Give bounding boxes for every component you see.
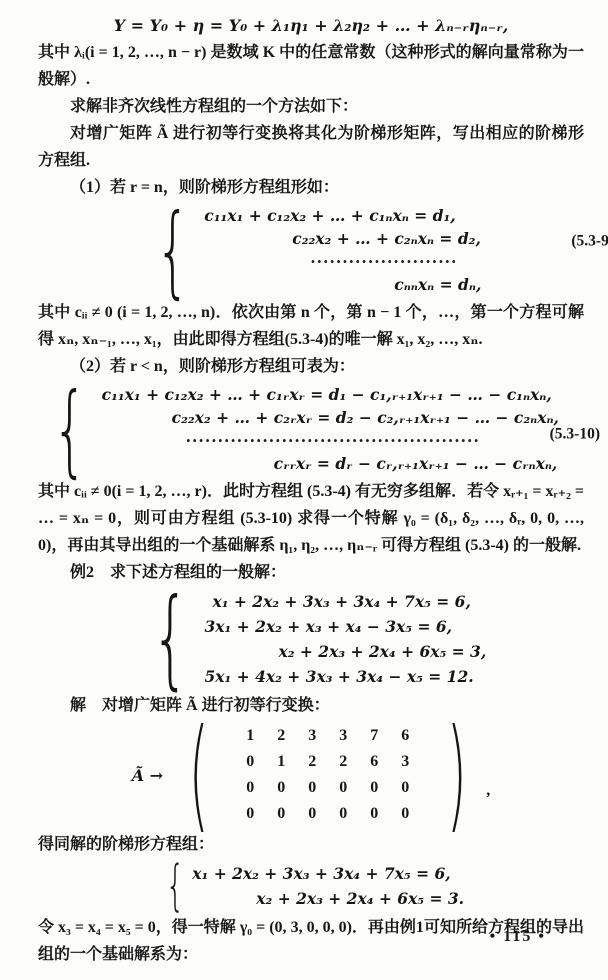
matrix-cell: 2: [328, 749, 359, 775]
general-solution-formula: Y = Y₀ + η = Y₀ + λ₁η₁ + λ₂η₂ + … + λₙ₋ᵣ…: [38, 12, 584, 39]
para-lambda-constants: 其中 λᵢ(i = 1, 2, …, n − r) 是数域 K 中的任意常数（这…: [38, 39, 584, 93]
example2-heading: 例2 求下述方程组的一般解：: [38, 559, 584, 586]
example2-system: { x₁ + 2x₂ + 3x₃ + 3x₄ + 7x₅ = 6, 3x₁ + …: [38, 589, 584, 689]
equation-row: x₂ + 2x₃ + 2x₄ + 6x₅ = 3,: [278, 639, 486, 664]
matrix-cell: 0: [266, 801, 297, 827]
solution-intro: 对增广矩阵 Ã 进行初等行变换：: [102, 697, 330, 714]
reduced-rows: x₁ + 2x₂ + 3x₃ + 3x₄ + 7x₅ = 6, x₂ + 2x₃…: [192, 861, 464, 911]
equation-row: c₂₂x₂ + … + c₂ₙxₙ = d₂,: [292, 227, 481, 250]
matrix-cell: 0: [390, 801, 421, 827]
para-reduced-intro: 得同解的阶梯形方程组：: [38, 831, 584, 858]
example2-title: 求下述方程组的一般解：: [110, 564, 286, 581]
textbook-scan-page: Y = Y₀ + η = Y₀ + λ₁η₁ + λ₂η₂ + … + λₙ₋ᵣ…: [0, 0, 608, 980]
matrix-cell: 1: [266, 749, 297, 775]
left-brace: {: [151, 593, 189, 685]
para-lambda-pre: 其中 λᵢ(i = 1, 2, …, n − r) 是数域 K 中的任意常数（这…: [38, 44, 568, 61]
matrix-cell: 0: [235, 749, 266, 775]
matrix-cell: 0: [297, 801, 328, 827]
equation-row: 3x₁ + 2x₂ + x₃ + x₄ − 3x₅ = 6,: [204, 614, 486, 639]
matrix-cell: 2: [266, 723, 297, 749]
matrix-cell: 0: [328, 801, 359, 827]
equation-number-5-3-9: (5.3-9): [571, 227, 608, 254]
example2-tag: 例2: [70, 564, 94, 581]
matrix-cell: 0: [328, 775, 359, 801]
equation-number-5-3-10: (5.3-10): [550, 420, 600, 447]
example2-rows: x₁ + 2x₂ + 3x₃ + 3x₄ + 7x₅ = 6, 3x₁ + 2x…: [204, 589, 486, 689]
equation-row: c₁₁x₁ + c₁₂x₂ + … + c₁ₙxₙ = d₁,: [204, 204, 481, 227]
equation-row: x₁ + 2x₂ + 3x₃ + 3x₄ + 7x₅ = 6,: [192, 861, 464, 886]
equation-row: 5x₁ + 4x₂ + 3x₃ + 3x₄ − x₅ = 12.: [204, 664, 486, 689]
matrix-comma: ,: [486, 777, 490, 804]
left-brace: {: [166, 863, 185, 909]
system10-rows: c₁₁x₁ + c₁₂x₂ + … + c₁ᵣxᵣ = d₁ − c₁,ᵣ₊₁x…: [102, 383, 559, 475]
system9-rows: c₁₁x₁ + c₁₂x₂ + … + c₁ₙxₙ = d₁, c₂₂x₂ + …: [204, 204, 481, 296]
matrix-paren-left: (: [189, 723, 209, 827]
matrix-cell: 0: [359, 801, 390, 827]
equation-row: c₂₂x₂ + … + c₂ᵣxᵣ = d₂ − c₂,ᵣ₊₁xᵣ₊₁ − … …: [172, 406, 559, 429]
matrix-cell: 0: [235, 801, 266, 827]
matrix-cell: 0: [266, 775, 297, 801]
matrix-cell: 0: [235, 775, 266, 801]
augmented-matrix: Ã → ( 1 2 3 3 7 6 0 1 2 2 6 3 0 0 0 0 0 …: [38, 723, 584, 827]
para-lambda-post: ）.: [70, 71, 90, 88]
matrix-cell: 0: [297, 775, 328, 801]
solution-heading: 解 对增广矩阵 Ã 进行初等行变换：: [38, 692, 584, 719]
solution-tag: 解: [70, 697, 86, 714]
ellipsis-row: ········································…: [186, 429, 559, 452]
left-brace: {: [52, 387, 87, 472]
ellipsis-row: ·······················: [310, 250, 481, 273]
para-back-substitution: 其中 cᵢᵢ ≠ 0 (i = 1, 2, …, n)．依次由第 n 个，第 n…: [38, 299, 584, 353]
para-method-intro: 求解非齐次线性方程组的一个方法如下：: [38, 93, 584, 120]
matrix-cell: 3: [328, 723, 359, 749]
reduced-system: { x₁ + 2x₂ + 3x₃ + 3x₄ + 7x₅ = 6, x₂ + 2…: [38, 861, 584, 911]
matrix-paren-right: ): [446, 723, 466, 827]
matrix-lhs: Ã →: [132, 762, 163, 789]
matrix-cell: 1: [235, 723, 266, 749]
case1-heading: （1）若 r = n，则阶梯形方程组形如：: [38, 174, 584, 201]
page-number: • 115 •: [490, 923, 546, 950]
equation-row: x₂ + 2x₃ + 2x₄ + 6x₅ = 3.: [256, 886, 464, 911]
matrix-cell: 0: [390, 775, 421, 801]
para-infinite-solutions: 其中 cᵢᵢ ≠ 0(i = 1, 2, …, r)．此时方程组 (5.3-4)…: [38, 478, 584, 559]
equation-row: c₁₁x₁ + c₁₂x₂ + … + c₁ᵣxᵣ = d₁ − c₁,ᵣ₊₁x…: [102, 383, 559, 406]
equation-row: cₙₙxₙ = dₙ,: [394, 273, 481, 296]
matrix-cell: 7: [359, 723, 390, 749]
matrix-cell: 2: [297, 749, 328, 775]
case2-heading: （2）若 r < n，则阶梯形方程组可表为：: [38, 353, 584, 380]
matrix-grid: 1 2 3 3 7 6 0 1 2 2 6 3 0 0 0 0 0 0 0 0 …: [235, 723, 421, 827]
equation-system-5-3-10: { c₁₁x₁ + c₁₂x₂ + … + c₁ᵣxᵣ = d₁ − c₁,ᵣ₊…: [38, 383, 584, 475]
para-row-reduce: 对增广矩阵 Ã 进行初等行变换将其化为阶梯形矩阵，写出相应的阶梯形方程组.: [38, 120, 584, 174]
matrix-cell: 3: [297, 723, 328, 749]
matrix-cell: 6: [359, 749, 390, 775]
matrix-cell: 0: [359, 775, 390, 801]
equation-row: cᵣᵣxᵣ = dᵣ − cᵣ,ᵣ₊₁xᵣ₊₁ − … − cᵣₙxₙ,: [274, 452, 559, 475]
left-brace: {: [155, 208, 190, 293]
equation-system-5-3-9: { c₁₁x₁ + c₁₂x₂ + … + c₁ₙxₙ = d₁, c₂₂x₂ …: [38, 204, 584, 296]
equation-row: x₁ + 2x₂ + 3x₃ + 3x₄ + 7x₅ = 6,: [212, 589, 486, 614]
matrix-cell: 3: [390, 749, 421, 775]
matrix-cell: 6: [390, 723, 421, 749]
